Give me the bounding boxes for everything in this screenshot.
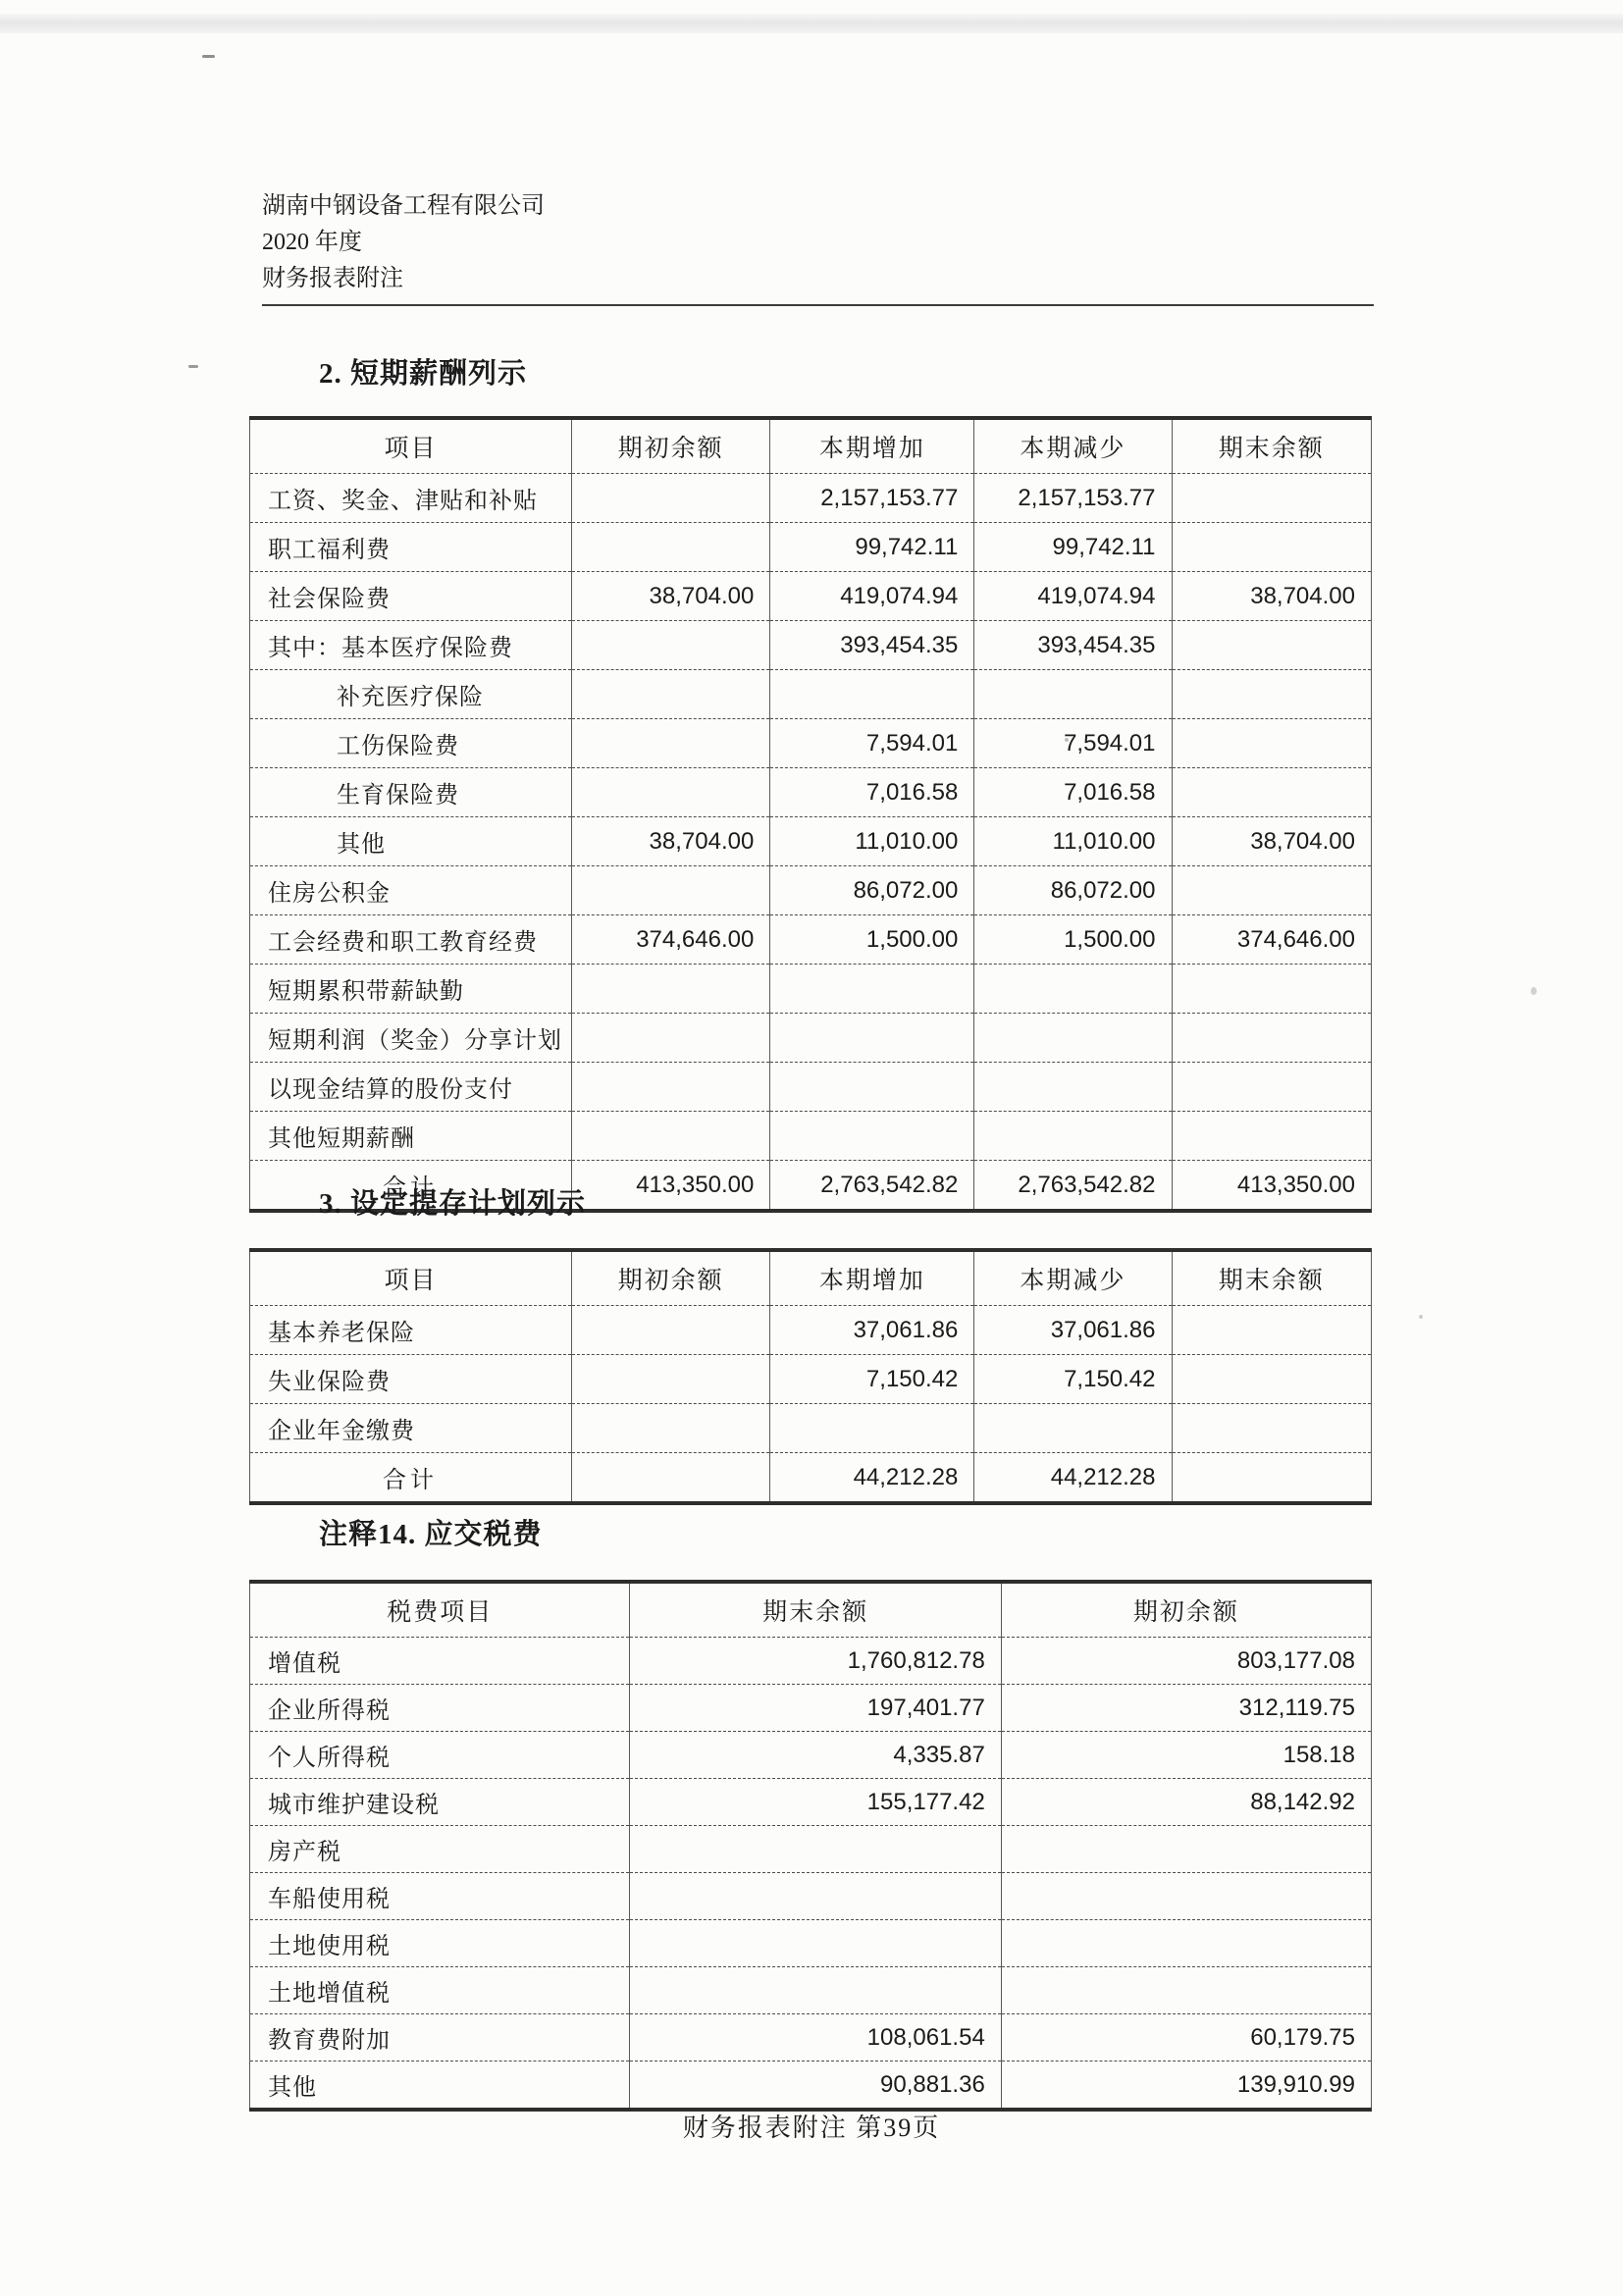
value-cell: 2,763,542.82 (770, 1161, 974, 1212)
value-cell: 139,910.99 (1001, 2061, 1371, 2111)
row-label-cell: 失业保险费 (250, 1355, 572, 1404)
value-cell: 7,150.42 (974, 1355, 1172, 1404)
value-cell: 38,704.00 (572, 572, 770, 621)
value-cell (572, 866, 770, 915)
value-cell: 44,212.28 (974, 1453, 1172, 1504)
company-name: 湖南中钢设备工程有限公司 (262, 188, 1374, 225)
row-label-cell: 以现金结算的股份支付 (250, 1063, 572, 1112)
value-cell: 374,646.00 (1172, 915, 1372, 965)
table-row: 其他90,881.36139,910.99 (250, 2061, 1372, 2111)
document-header: 湖南中钢设备工程有限公司 2020 年度 财务报表附注 (262, 188, 1374, 306)
value-cell (770, 1404, 974, 1453)
value-cell: 4,335.87 (630, 1732, 1001, 1779)
value-cell: 99,742.11 (974, 523, 1172, 572)
value-cell: 2,763,542.82 (974, 1161, 1172, 1212)
value-cell (1001, 1826, 1371, 1873)
value-cell (572, 670, 770, 719)
table-row: 补充医疗保险 (250, 670, 1372, 719)
value-cell: 60,179.75 (1001, 2014, 1371, 2061)
value-cell: 88,142.92 (1001, 1779, 1371, 1826)
value-cell (974, 1112, 1172, 1161)
value-cell: 11,010.00 (770, 817, 974, 866)
value-cell: 38,704.00 (572, 817, 770, 866)
value-cell (1172, 1453, 1372, 1504)
value-cell (1172, 1112, 1372, 1161)
column-header: 期末余额 (1172, 1250, 1372, 1306)
row-label-cell: 职工福利费 (250, 523, 572, 572)
table-row: 职工福利费99,742.1199,742.11 (250, 523, 1372, 572)
row-label-cell: 工资、奖金、津贴和补贴 (250, 474, 572, 523)
value-cell (572, 1306, 770, 1355)
row-label-cell: 其他短期薪酬 (250, 1112, 572, 1161)
value-cell: 1,500.00 (974, 915, 1172, 965)
total-label-cell: 合计 (250, 1453, 572, 1504)
value-cell: 38,704.00 (1172, 572, 1372, 621)
value-cell (770, 670, 974, 719)
table-row: 短期利润（奖金）分享计划 (250, 1014, 1372, 1063)
value-cell: 37,061.86 (974, 1306, 1172, 1355)
value-cell: 86,072.00 (770, 866, 974, 915)
table-row: 车船使用税 (250, 1873, 1372, 1920)
value-cell: 155,177.42 (630, 1779, 1001, 1826)
value-cell: 413,350.00 (572, 1161, 770, 1212)
value-cell (572, 1063, 770, 1112)
value-cell (572, 965, 770, 1014)
value-cell (1172, 474, 1372, 523)
table-row: 其中：基本医疗保险费393,454.35393,454.35 (250, 621, 1372, 670)
value-cell: 7,594.01 (770, 719, 974, 768)
value-cell (572, 523, 770, 572)
value-cell (1172, 1404, 1372, 1453)
value-cell: 419,074.94 (770, 572, 974, 621)
table-row: 个人所得税4,335.87158.18 (250, 1732, 1372, 1779)
value-cell (572, 621, 770, 670)
table-row: 社会保险费38,704.00419,074.94419,074.9438,704… (250, 572, 1372, 621)
value-cell (630, 1967, 1001, 2014)
table-row: 教育费附加108,061.5460,179.75 (250, 2014, 1372, 2061)
table-row: 房产税 (250, 1826, 1372, 1873)
row-label-cell: 教育费附加 (250, 2014, 630, 2061)
column-header: 税费项目 (250, 1582, 630, 1638)
table-row: 增值税1,760,812.78803,177.08 (250, 1638, 1372, 1685)
table-row: 基本养老保险37,061.8637,061.86 (250, 1306, 1372, 1355)
column-header: 期初余额 (572, 1250, 770, 1306)
value-cell (572, 768, 770, 817)
value-cell (770, 1063, 974, 1112)
value-cell: 413,350.00 (1172, 1161, 1372, 1212)
value-cell: 37,061.86 (770, 1306, 974, 1355)
value-cell (1172, 965, 1372, 1014)
value-cell: 108,061.54 (630, 2014, 1001, 2061)
scan-mark (188, 365, 198, 368)
value-cell (572, 1355, 770, 1404)
value-cell: 158.18 (1001, 1732, 1371, 1779)
row-label-cell: 工会经费和职工教育经费 (250, 915, 572, 965)
section-title-taxes-payable: 注释14. 应交税费 (319, 1512, 543, 1552)
column-header: 本期减少 (974, 418, 1172, 474)
value-cell: 197,401.77 (630, 1685, 1001, 1732)
value-cell (572, 1453, 770, 1504)
row-label-cell: 个人所得税 (250, 1732, 630, 1779)
value-cell (974, 965, 1172, 1014)
short-term-compensation-table: 项目期初余额本期增加本期减少期末余额工资、奖金、津贴和补贴2,157,153.7… (249, 416, 1372, 1213)
value-cell (1172, 866, 1372, 915)
value-cell: 374,646.00 (572, 915, 770, 965)
value-cell: 1,500.00 (770, 915, 974, 965)
row-label-cell: 短期累积带薪缺勤 (250, 965, 572, 1014)
taxes-payable-table: 税费项目期末余额期初余额增值税1,760,812.78803,177.08企业所… (249, 1580, 1372, 2112)
value-cell (974, 670, 1172, 719)
row-label-cell: 工伤保险费 (250, 719, 572, 768)
row-label-cell: 其他 (250, 817, 572, 866)
value-cell (572, 1404, 770, 1453)
value-cell (630, 1873, 1001, 1920)
value-cell (1172, 621, 1372, 670)
value-cell (1172, 523, 1372, 572)
table-row: 住房公积金86,072.0086,072.00 (250, 866, 1372, 915)
value-cell: 7,594.01 (974, 719, 1172, 768)
row-label-cell: 车船使用税 (250, 1873, 630, 1920)
row-label-cell: 住房公积金 (250, 866, 572, 915)
value-cell (1172, 1355, 1372, 1404)
value-cell (770, 1014, 974, 1063)
table-row: 土地增值税 (250, 1967, 1372, 2014)
row-label-cell: 社会保险费 (250, 572, 572, 621)
table-row: 失业保险费7,150.427,150.42 (250, 1355, 1372, 1404)
table-row: 其他38,704.0011,010.0011,010.0038,704.00 (250, 817, 1372, 866)
table-header-row: 项目期初余额本期增加本期减少期末余额 (250, 418, 1372, 474)
row-label-cell: 城市维护建设税 (250, 1779, 630, 1826)
column-header: 期初余额 (572, 418, 770, 474)
value-cell: 2,157,153.77 (770, 474, 974, 523)
value-cell: 44,212.28 (770, 1453, 974, 1504)
value-cell (1172, 670, 1372, 719)
scan-speck (1531, 987, 1537, 995)
table-row: 以现金结算的股份支付 (250, 1063, 1372, 1112)
document-page: { "page": { "header": { "company": "湖南中钢… (0, 0, 1623, 2296)
value-cell: 7,016.58 (974, 768, 1172, 817)
fiscal-year: 2020 年度 (262, 225, 1374, 261)
value-cell: 86,072.00 (974, 866, 1172, 915)
row-label-cell: 其他 (250, 2061, 630, 2111)
value-cell (1172, 719, 1372, 768)
value-cell (1172, 768, 1372, 817)
value-cell: 99,742.11 (770, 523, 974, 572)
value-cell (974, 1014, 1172, 1063)
value-cell (770, 965, 974, 1014)
column-header: 项目 (250, 1250, 572, 1306)
table-row: 企业所得税197,401.77312,119.75 (250, 1685, 1372, 1732)
value-cell: 312,119.75 (1001, 1685, 1371, 1732)
row-label-cell: 房产税 (250, 1826, 630, 1873)
column-header: 本期增加 (770, 1250, 974, 1306)
value-cell (1001, 1967, 1371, 2014)
value-cell: 803,177.08 (1001, 1638, 1371, 1685)
table-row: 生育保险费7,016.587,016.58 (250, 768, 1372, 817)
table-row: 工资、奖金、津贴和补贴2,157,153.772,157,153.77 (250, 474, 1372, 523)
value-cell (1172, 1063, 1372, 1112)
table-row: 工伤保险费7,594.017,594.01 (250, 719, 1372, 768)
value-cell (1001, 1920, 1371, 1967)
row-label-cell: 企业年金缴费 (250, 1404, 572, 1453)
document-title: 财务报表附注 (262, 261, 1374, 297)
value-cell (974, 1063, 1172, 1112)
column-header: 期末余额 (630, 1582, 1001, 1638)
table-header-row: 税费项目期末余额期初余额 (250, 1582, 1372, 1638)
scan-edge-artifact (0, 14, 1623, 33)
row-label-cell: 土地使用税 (250, 1920, 630, 1967)
table-row: 工会经费和职工教育经费374,646.001,500.001,500.00374… (250, 915, 1372, 965)
value-cell: 2,157,153.77 (974, 474, 1172, 523)
value-cell (572, 1014, 770, 1063)
value-cell (770, 1112, 974, 1161)
table-row: 城市维护建设税155,177.4288,142.92 (250, 1779, 1372, 1826)
value-cell: 90,881.36 (630, 2061, 1001, 2111)
page-footer: 财务报表附注 第39页 (0, 2108, 1623, 2144)
row-label-cell: 土地增值税 (250, 1967, 630, 2014)
value-cell (630, 1920, 1001, 1967)
value-cell (1172, 1014, 1372, 1063)
section-title-defined-contribution-plan: 3. 设定提存计划列示 (319, 1181, 586, 1222)
table-row: 短期累积带薪缺勤 (250, 965, 1372, 1014)
column-header: 期末余额 (1172, 418, 1372, 474)
value-cell: 419,074.94 (974, 572, 1172, 621)
value-cell: 7,150.42 (770, 1355, 974, 1404)
row-label-cell: 企业所得税 (250, 1685, 630, 1732)
value-cell (572, 719, 770, 768)
value-cell (974, 1404, 1172, 1453)
row-label-cell: 增值税 (250, 1638, 630, 1685)
row-label-cell: 生育保险费 (250, 768, 572, 817)
row-label-cell: 其中：基本医疗保险费 (250, 621, 572, 670)
row-label-cell: 基本养老保险 (250, 1306, 572, 1355)
table-row: 合计44,212.2844,212.28 (250, 1453, 1372, 1504)
value-cell: 393,454.35 (974, 621, 1172, 670)
section-title-short-term-compensation: 2. 短期薪酬列示 (319, 351, 527, 391)
row-label-cell: 补充医疗保险 (250, 670, 572, 719)
value-cell (1172, 1306, 1372, 1355)
value-cell: 38,704.00 (1172, 817, 1372, 866)
table-row: 企业年金缴费 (250, 1404, 1372, 1453)
column-header: 本期减少 (974, 1250, 1172, 1306)
value-cell (630, 1826, 1001, 1873)
row-label-cell: 短期利润（奖金）分享计划 (250, 1014, 572, 1063)
value-cell (1001, 1873, 1371, 1920)
value-cell (572, 1112, 770, 1161)
column-header: 本期增加 (770, 418, 974, 474)
value-cell: 11,010.00 (974, 817, 1172, 866)
column-header: 项目 (250, 418, 572, 474)
value-cell: 7,016.58 (770, 768, 974, 817)
column-header: 期初余额 (1001, 1582, 1371, 1638)
value-cell (572, 474, 770, 523)
value-cell: 393,454.35 (770, 621, 974, 670)
table-header-row: 项目期初余额本期增加本期减少期末余额 (250, 1250, 1372, 1306)
scan-speck (1419, 1315, 1423, 1319)
value-cell: 1,760,812.78 (630, 1638, 1001, 1685)
defined-contribution-plan-table: 项目期初余额本期增加本期减少期末余额基本养老保险37,061.8637,061.… (249, 1248, 1372, 1505)
table-row: 土地使用税 (250, 1920, 1372, 1967)
table-row: 其他短期薪酬 (250, 1112, 1372, 1161)
scan-mark (202, 55, 215, 58)
